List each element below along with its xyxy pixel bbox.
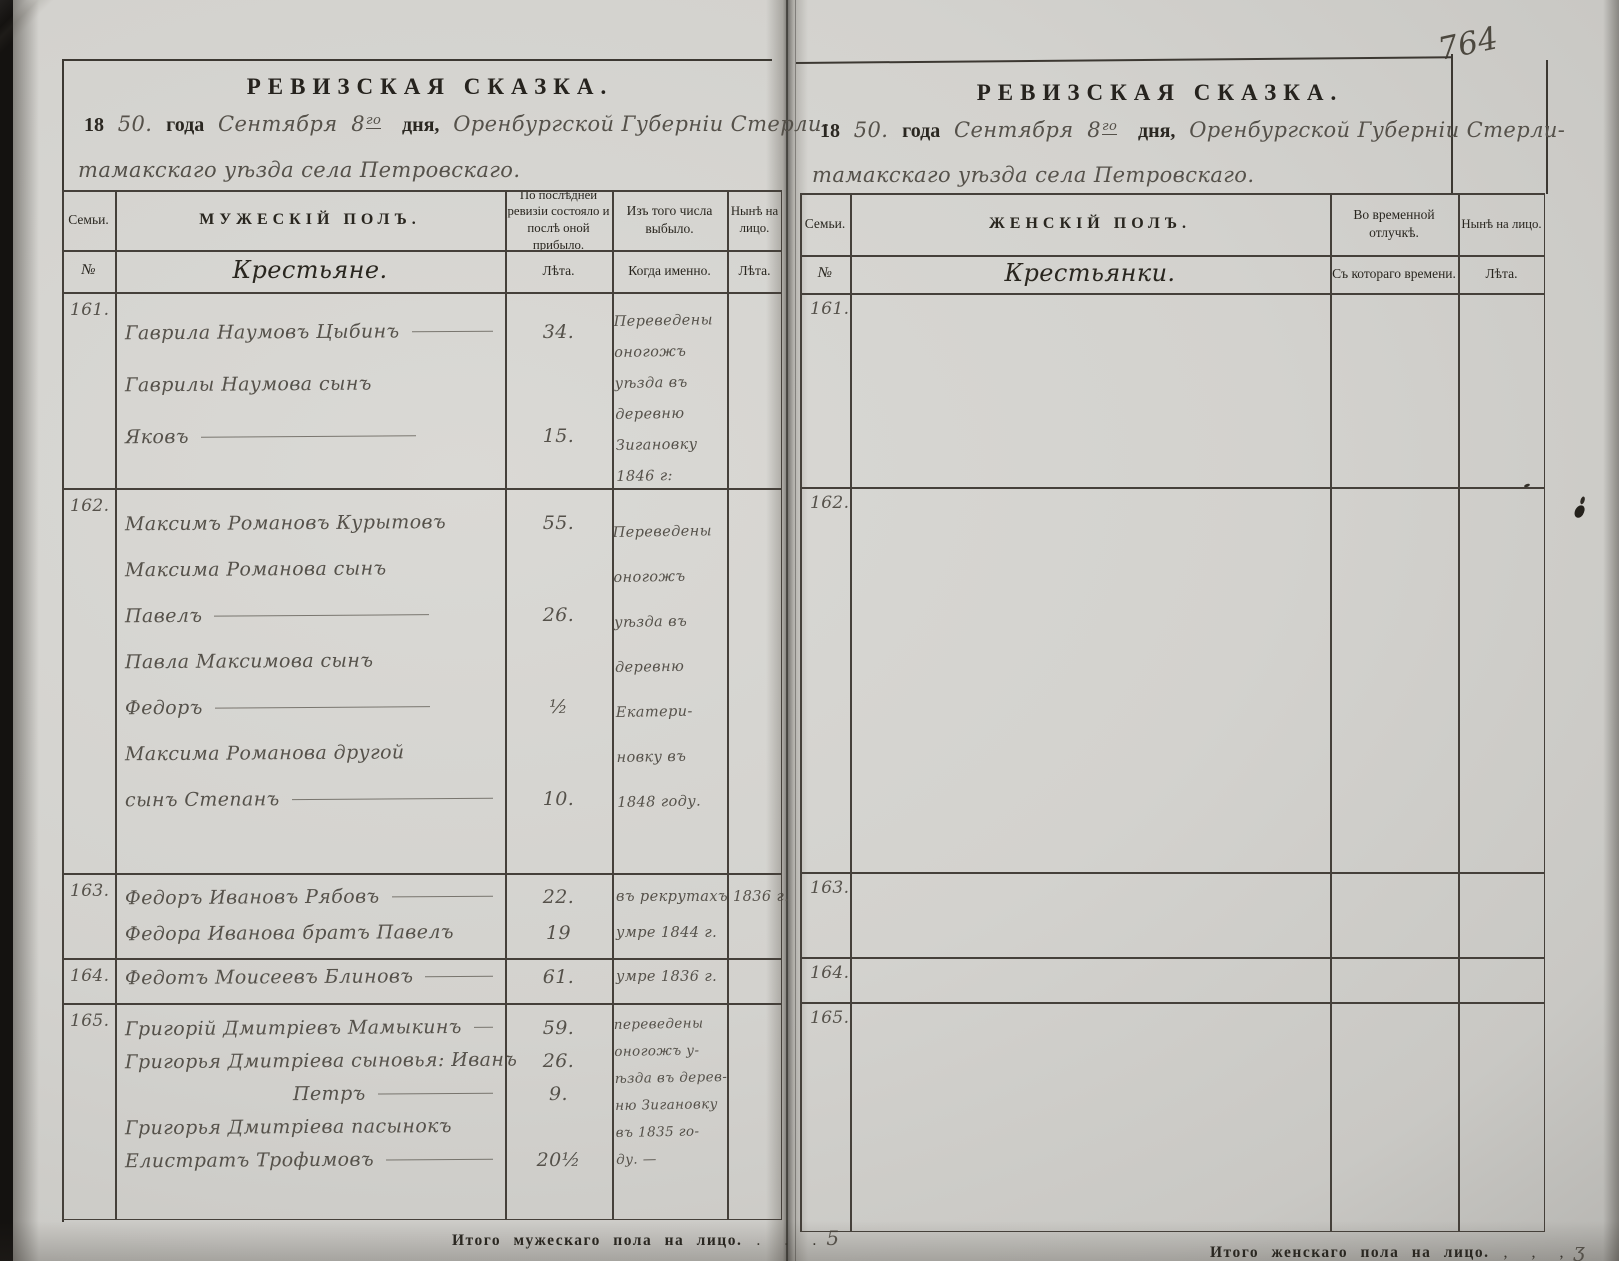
table-rule-horizontal: [62, 1219, 782, 1221]
row-number: 165.: [62, 1003, 115, 1220]
row-number: 162.: [62, 488, 115, 873]
table-rule-vertical: [62, 190, 64, 1220]
table-rule-horizontal: [800, 1231, 1545, 1233]
right-date-line: 18 50. года Сентября 8го дня, Оренбургск…: [820, 118, 1574, 143]
table-rule-vertical: [1330, 193, 1332, 1232]
printed-dnya: дня,: [1138, 120, 1175, 142]
written-year: 50.: [854, 118, 889, 142]
note-inline: умре 1836 г.: [612, 969, 727, 985]
right-footer-dots: , , ,: [1503, 1244, 1573, 1261]
table-rule-vertical: [781, 190, 783, 1220]
person-name: Федора Иванова братъ Павелъ: [115, 921, 505, 946]
age-value: ½: [505, 696, 612, 718]
row-number: 161.: [800, 293, 850, 487]
header-family: Семьи.: [800, 193, 850, 255]
table-rule-horizontal: [62, 190, 782, 192]
table-row: 162.Максимъ Романовъ Курытовъ55.Максима …: [62, 488, 782, 873]
person-name: Максима Романова сынъ: [115, 557, 505, 582]
printed-goda: года: [166, 114, 204, 136]
female-table-rows: 161.162.163.164.165.: [800, 293, 1545, 1232]
table-rule-horizontal: [62, 488, 782, 490]
person-name: Петръ: [115, 1081, 505, 1106]
printed-dnya: дня,: [402, 114, 439, 136]
person-name: Гаврилы Наумова сынъ: [115, 372, 505, 397]
scanned-ledger-page: 764 РЕВИЗСКАЯ СКАЗКА. 18 50. года Сентяб…: [0, 0, 1619, 1261]
age-value: 10.: [505, 788, 612, 810]
person-name: Григорья Дмитріева пасынокъ: [115, 1114, 505, 1139]
scanner-edge-left: [13, 0, 39, 1261]
male-table: Семьи. МУЖЕСКІЙ ПОЛЪ. По послѣдней ревиз…: [62, 190, 782, 1220]
written-place: Оренбургской Губерніи Стерли-: [1189, 118, 1565, 142]
printed-year-prefix: 18: [820, 120, 840, 142]
table-rule-vertical: [850, 193, 852, 1232]
table-rule-vertical: [727, 190, 729, 1220]
note-line: оногожъ у-: [614, 1037, 726, 1066]
person-line: Федора Иванова братъ Павелъ19умре 1844 г…: [115, 915, 782, 951]
age-value: 55.: [505, 512, 612, 534]
note-line: Зигановку: [616, 429, 729, 462]
note-line: новку въ: [616, 734, 729, 781]
table-row: 163.Федоръ Ивановъ Рябовъ22.въ рекрутахъ…: [62, 873, 782, 958]
age-value: 22.: [505, 886, 612, 908]
right-footer-total-mark: ʒ: [1573, 1238, 1585, 1261]
written-day-suffix: го: [366, 113, 381, 129]
person-name: Павелъ: [115, 603, 505, 628]
table-rule-vertical: [505, 190, 507, 1220]
left-page-frame-top: [62, 59, 772, 61]
table-rule-horizontal: [62, 958, 782, 960]
left-footer: Итого мужескаго пола на лицо. . . . 5: [452, 1226, 782, 1250]
person-name: Федоръ: [115, 695, 505, 720]
note-block: Переведеныоногожъуѣзда въдеревнюЕкатери-…: [612, 509, 729, 826]
age-value: 59.: [505, 1017, 612, 1039]
table-rule-horizontal: [800, 957, 1545, 959]
left-page-title: РЕВИЗСКАЯ СКАЗКА.: [150, 74, 710, 100]
written-day: 8: [1087, 118, 1101, 142]
person-name: Гаврила Наумовъ Цыбинъ: [115, 320, 505, 345]
person-line: Федоръ Ивановъ Рябовъ22.въ рекрутахъ 183…: [115, 879, 782, 915]
row-lines: Федоръ Ивановъ Рябовъ22.въ рекрутахъ 183…: [115, 873, 782, 958]
note-line: Екатери-: [615, 689, 728, 736]
table-rule-vertical: [1458, 193, 1460, 1232]
note-block: Переведеныоногожъуѣзда въдеревнюЗигановк…: [613, 305, 728, 493]
note-line: въ 1835 го-: [615, 1118, 727, 1147]
person-name: Григорій Дмитріевъ Мамыкинъ: [115, 1015, 505, 1040]
row-number: 163.: [62, 873, 115, 958]
note-line: оногожъ: [614, 336, 727, 369]
table-rule-horizontal: [800, 872, 1545, 874]
written-month: Сентября: [218, 112, 338, 136]
fold-line: [786, 0, 788, 1261]
printed-goda: года: [902, 120, 940, 142]
row-number: 165.: [800, 1002, 850, 1232]
table-row: 164.Федотъ Моисеевъ Блиновъ61.умре 1836 …: [62, 958, 782, 1003]
ditto-dash: [412, 331, 493, 333]
table-row: 162.: [800, 487, 1545, 872]
note-line: 1848 году.: [617, 779, 730, 826]
left-footer-dots: . . .: [756, 1232, 826, 1250]
age-value: 15.: [505, 425, 612, 447]
age-value: 61.: [505, 966, 612, 988]
header-present: Нынѣ на лицо.: [727, 190, 782, 250]
note-line: уѣзда въ: [614, 599, 727, 646]
table-rule-horizontal: [800, 255, 1545, 257]
table-row: 161.: [800, 293, 1545, 487]
subheader-number: №: [62, 250, 115, 292]
note-line: ду. —: [616, 1145, 728, 1174]
fold-line: [795, 0, 796, 1261]
printed-year-prefix: 18: [84, 114, 104, 136]
written-day-suffix: го: [1102, 119, 1117, 135]
age-value: 20½: [505, 1149, 612, 1171]
subheader-since-when: Съ котораго времени.: [1330, 255, 1458, 293]
table-row: 163.: [800, 872, 1545, 957]
subheader-peasants: Крестьяне.: [115, 250, 505, 292]
note-line: переведены: [614, 1010, 726, 1039]
right-page-title: РЕВИЗСКАЯ СКАЗКА.: [880, 80, 1440, 106]
header-female-sex: ЖЕНСКІЙ ПОЛЪ.: [850, 193, 1330, 255]
scanner-edge-right: [1603, 0, 1619, 1261]
subheader-when: Когда именно.: [612, 250, 727, 292]
subheader-age: Лѣта.: [505, 250, 612, 292]
male-table-rows: 161.Гаврила Наумовъ Цыбинъ34.Гаврилы Нау…: [62, 292, 782, 1220]
table-row: 161.Гаврила Наумовъ Цыбинъ34.Гаврилы Нау…: [62, 292, 782, 488]
header-present: Нынѣ на лицо.: [1458, 193, 1545, 255]
header-male-sex: МУЖЕСКІЙ ПОЛЪ.: [115, 190, 505, 250]
ditto-dash: [474, 1026, 493, 1027]
table-row: 164.: [800, 957, 1545, 1002]
table-rule-horizontal: [800, 1002, 1545, 1004]
table-rule-vertical: [800, 193, 802, 1232]
person-name: Елистратъ Трофимовъ: [115, 1147, 505, 1172]
person-name: Павла Максимова сынъ: [115, 649, 505, 674]
age-value: 26.: [505, 604, 612, 626]
subheader-peasant-women: Крестьянки.: [850, 255, 1330, 293]
ditto-dash: [392, 896, 493, 898]
header-last-revision: По послѣдней ревизіи состояло и послѣ он…: [505, 190, 612, 250]
ditto-dash: [292, 798, 493, 800]
table-rule-horizontal: [62, 1003, 782, 1005]
subheader-age2: Лѣта.: [727, 250, 782, 292]
table-rule-horizontal: [800, 487, 1545, 489]
person-name: Федотъ Моисеевъ Блиновъ: [115, 965, 505, 990]
person-name: Максимъ Романовъ Курытовъ: [115, 511, 505, 536]
person-name: Григорья Дмитріева сыновья: Иванъ: [115, 1048, 505, 1073]
person-name: сынъ Степанъ: [115, 787, 505, 812]
note-line: деревню: [615, 398, 728, 431]
table-rule-horizontal: [800, 193, 1545, 195]
note-line: Переведены: [612, 509, 725, 556]
note-block: переведеныоногожъ у-ѣзда въ дерев-ню Зиг…: [614, 1010, 729, 1174]
table-rule-vertical: [115, 190, 117, 1220]
table-rule-vertical: [612, 190, 614, 1220]
female-table: Семьи. ЖЕНСКІЙ ПОЛЪ. Во временной отлучк…: [800, 193, 1545, 1232]
table-rule-vertical: [1544, 193, 1546, 1232]
note-line: оногожъ: [613, 554, 726, 601]
note-line: ѣзда въ дерев-: [615, 1064, 727, 1093]
subheader-number: №: [800, 255, 850, 293]
ditto-dash: [214, 614, 429, 617]
note-line: деревню: [615, 644, 728, 691]
person-line: Федотъ Моисеевъ Блиновъ61.умре 1836 г.: [115, 962, 782, 992]
right-date-line-2: тамакскаго уѣзда села Петровскаго.: [812, 163, 1254, 187]
note-inline: въ рекрутахъ 1836 г.: [612, 889, 727, 905]
right-footer-label: Итого женскаго пола на лицо.: [1210, 1244, 1489, 1261]
note-line: уѣзда въ: [614, 367, 727, 400]
ditto-dash: [425, 976, 493, 977]
row-number: 164.: [62, 958, 115, 1003]
age-value: 26.: [505, 1050, 612, 1072]
written-year: 50.: [118, 112, 153, 136]
note-line: ню Зигановку: [615, 1091, 727, 1120]
table-rule-horizontal: [62, 292, 782, 294]
left-date-line: 18 50. года Сентября 8го дня, Оренбургск…: [84, 112, 838, 137]
written-day: 8: [351, 112, 365, 136]
written-month: Сентября: [954, 118, 1074, 142]
right-footer: Итого женскаго пола на лицо. , , , ʒ: [1210, 1238, 1582, 1261]
subheader-age: Лѣта.: [1458, 255, 1545, 293]
age-value: 9.: [505, 1083, 612, 1105]
row-lines: Федотъ Моисеевъ Блиновъ61.умре 1836 г.: [115, 958, 782, 1003]
header-family: Семьи.: [62, 190, 115, 250]
table-row: 165.Григорій Дмитріевъ Мамыкинъ59.Григор…: [62, 1003, 782, 1220]
header-temporary-absence: Во временной отлучкѣ.: [1330, 193, 1458, 255]
header-departed: Изъ того числа выбыло.: [612, 190, 727, 250]
note-inline: умре 1844 г.: [612, 925, 727, 941]
ditto-dash: [378, 1092, 493, 1094]
table-rule-horizontal: [62, 250, 782, 252]
written-place: Оренбургской Губерніи Стерли-: [453, 112, 829, 136]
table-rule-horizontal: [800, 293, 1545, 295]
row-number: 161.: [62, 292, 115, 488]
ditto-dash: [215, 706, 430, 709]
person-name: Максима Романова другой: [115, 741, 505, 766]
left-date-line-2: тамакскаго уѣзда села Петровскаго.: [78, 158, 520, 182]
age-value: 19: [505, 922, 612, 944]
person-name: Федоръ Ивановъ Рябовъ: [115, 885, 505, 910]
note-line: Переведены: [613, 305, 726, 338]
ditto-dash: [201, 435, 416, 438]
row-number: 163.: [800, 872, 850, 957]
left-footer-label: Итого мужескаго пола на лицо.: [452, 1232, 742, 1250]
age-value: 34.: [505, 321, 612, 343]
table-row: 165.: [800, 1002, 1545, 1232]
person-name: Яковъ: [115, 424, 505, 449]
table-rule-horizontal: [62, 873, 782, 875]
row-number: 162.: [800, 487, 850, 872]
ditto-dash: [386, 1158, 493, 1160]
row-number: 164.: [800, 957, 850, 1002]
